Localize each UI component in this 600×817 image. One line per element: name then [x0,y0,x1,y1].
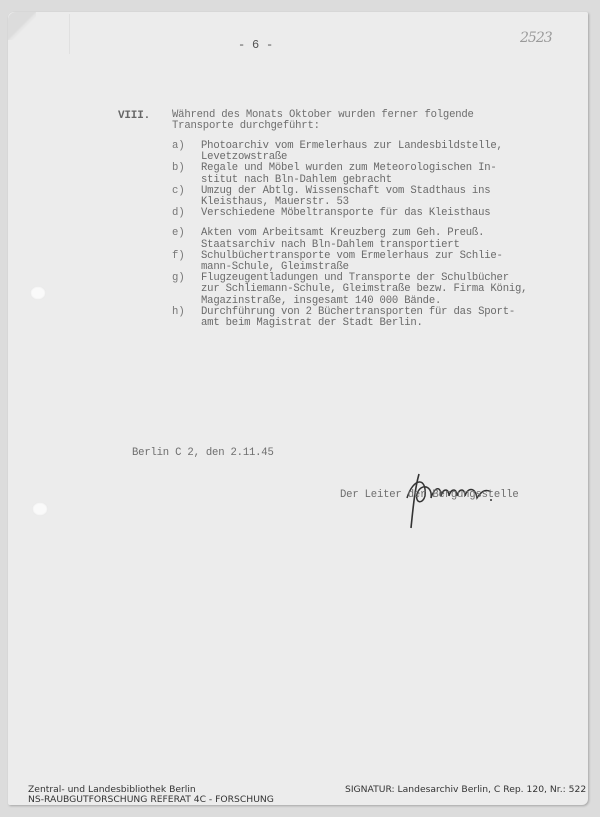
paper-crease [69,14,70,54]
item-label: h) [172,307,201,329]
list-item: f)Schulbüchertransporte vom Ermelerhaus … [172,251,592,273]
section-number: VIII. [118,111,150,122]
page-number: - 6 - [238,40,273,51]
list-item: b)Regale und Möbel wurden zum Meteorolog… [172,163,592,185]
list-item: c)Umzug der Abtlg. Wissenschaft vom Stad… [172,186,592,208]
item-label: a) [172,141,201,163]
item-label: c) [172,186,201,208]
footer-signature-ref: SIGNATUR: Landesarchiv Berlin, C Rep. 12… [345,785,586,795]
item-line: Regale und Möbel wurden zum Meteorologis… [201,163,497,174]
item-text: Durchführung von 2 Büchertransporten für… [201,307,515,329]
list-item: a)Photoarchiv vom Ermelerhaus zur Landes… [172,141,592,163]
item-label: e) [172,228,201,250]
list-item: d)Verschiedene Möbeltransporte für das K… [172,208,592,219]
signatory-title: Der Leiter der Bergungsstelle [340,490,519,501]
footer-department: NS-RAUBGUTFORSCHUNG REFERAT 4C - FORSCHU… [28,795,274,805]
item-text: Flugzeugentladungen und Transporte der S… [201,273,527,307]
intro-line: Transporte durchgeführt: [172,121,572,132]
punch-hole-top [30,286,46,300]
item-label: f) [172,251,201,273]
list-item: h)Durchführung von 2 Büchertransporten f… [172,307,592,329]
section-intro: Während des Monats Oktober wurden ferner… [172,110,572,132]
item-line: zur Schliemann-Schule, Gleimstraße bezw.… [201,284,527,295]
transport-list: a)Photoarchiv vom Ermelerhaus zur Landes… [172,141,592,329]
punch-hole-bottom [32,502,48,516]
item-text: Regale und Möbel wurden zum Meteorologis… [201,163,497,185]
list-item: g)Flugzeugentladungen und Transporte der… [172,273,592,307]
handwritten-folio-number: 2523 [520,30,552,46]
item-text: Akten vom Arbeitsamt Kreuzberg zum Geh. … [201,228,484,250]
footer-library: Zentral- und Landesbibliothek Berlin NS-… [28,785,274,805]
item-line: Akten vom Arbeitsamt Kreuzberg zum Geh. … [201,228,484,239]
item-text: Schulbüchertransporte vom Ermelerhaus zu… [201,251,503,273]
item-text: Photoarchiv vom Ermelerhaus zur Landesbi… [201,141,503,163]
item-text: Umzug der Abtlg. Wissenschaft vom Stadth… [201,186,490,208]
item-text: Verschiedene Möbeltransporte für das Kle… [201,208,490,219]
folded-corner [8,12,36,40]
item-label: g) [172,273,201,307]
item-label: b) [172,163,201,185]
list-item: e)Akten vom Arbeitsamt Kreuzberg zum Geh… [172,228,592,250]
item-label: d) [172,208,201,219]
item-line: Verschiedene Möbeltransporte für das Kle… [201,208,490,219]
item-line: amt beim Magistrat der Stadt Berlin. [201,318,515,329]
place-date: Berlin C 2, den 2.11.45 [132,448,274,459]
